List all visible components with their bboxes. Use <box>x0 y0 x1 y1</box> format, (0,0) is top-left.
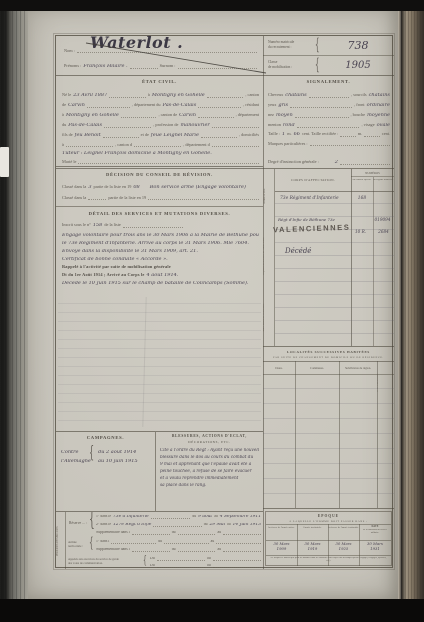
decede-entry: Décédé <box>285 247 311 255</box>
corps-row2-number2: 2684 <box>373 229 394 234</box>
localites-rows-ruling <box>263 374 394 508</box>
territoriale-vertical-label: Armée territoriale et sa réserve. <box>263 288 275 346</box>
service-line-1: Engagé volontaire pour trois ans le 30 M… <box>62 233 259 238</box>
localites-col-subdivision: Subdivision de région. <box>339 366 377 370</box>
register-page-paper: Nom : Prénoms : François Hilaire . Surno… <box>28 6 398 599</box>
arrivee-corps-date: 4 août 1914. <box>147 273 179 278</box>
localites-header-rule <box>263 361 394 362</box>
campagnes-box: CAMPAGNES. Contre l'Allemagne du 2 août … <box>56 431 156 511</box>
decret-1914-text: Dt du 1er Août 1914 ; Arrivé au Corps le <box>62 273 145 277</box>
periode1-debut: 9 août <box>198 515 212 519</box>
profession: manouvrier <box>180 123 209 128</box>
photo-top-black-band <box>0 0 424 11</box>
territoriale-label: Armée territoriale : <box>68 540 90 548</box>
periode1-corps: 73e d'Infanterie <box>113 515 149 519</box>
book-left-page-edges <box>0 0 30 622</box>
epoque-col-4a: DATE <box>359 525 391 528</box>
ne-le-label: Né le <box>62 93 71 97</box>
visage-value: ovale <box>377 123 390 128</box>
epoque-values-rule <box>266 540 391 541</box>
service-line-4: Certificat de bonne conduite « Accordé »… <box>62 257 168 262</box>
epoque-title-1: ÉPOQUE <box>266 514 391 518</box>
epoque-inner-box: ÉPOQUE À LAQUELLE L'HOMME DOIT PASSER DA… <box>265 511 392 566</box>
localites-title-1: LOCALITÉS SUCCESSIVES HABITÉES <box>263 350 394 354</box>
localites-title-2: PAR SUITE DE CHANGEMENT DE DOMICILE OU D… <box>263 356 394 359</box>
birth-canton: Carvin <box>68 103 85 108</box>
residence-departement: Pas-de-Calais <box>68 123 102 128</box>
etat-civil-section: ÉTAT CIVIL. Né le23 Avril 1887àMontigny … <box>56 76 263 166</box>
epoque-section: ÉPOQUE À LAQUELLE L'HOMME DOIT PASSER DA… <box>263 508 394 569</box>
epoque-value-2: 30 Mars1919 <box>297 542 328 552</box>
service-line-2: le 73e Régiment d'Infanterie. Arrivé au … <box>62 241 249 246</box>
citation-line-2: blessure dans le dos au cours du combat … <box>160 455 253 459</box>
taille-metres: 1 <box>282 132 285 137</box>
nom-label: Nom : <box>64 49 75 53</box>
nez-value: moyen <box>276 113 293 118</box>
corps-row2-number1: 019094 <box>371 217 394 222</box>
header-left-box: Nom : Prénoms : François Hilaire . Surno… <box>56 36 263 76</box>
matricule-label-line2: du recrutement : <box>268 45 294 50</box>
decision-mention: Bon service armé (Engagé volontaire) <box>150 185 246 190</box>
prenoms-label: Prénoms : <box>64 64 81 68</box>
citation-line-3: 9 mai et apprenant que l'épaule avait ét… <box>160 462 251 466</box>
corps-affectation-section: Armée active. Disponibilité et réserve d… <box>263 169 394 346</box>
campagne-date-fin: au 10 juin 1915 <box>98 459 138 464</box>
residence-place: Montigny en Gohelle <box>66 113 119 118</box>
armee-active-vertical-label: Armée active. <box>263 169 275 224</box>
corps-row2-annex: 10 R. <box>355 229 366 234</box>
front-value: ordinaire <box>367 103 390 108</box>
signalement-title: SIGNALEMENT. <box>263 79 394 84</box>
campagne-allemagne: l'Allemagne <box>61 459 91 464</box>
menton-value: rond <box>283 123 295 128</box>
service-line-3: Envoyé dans la disponibilité le 31 Mars … <box>62 249 198 254</box>
classe-value: 1905 <box>325 60 391 71</box>
blank-ruled-area <box>58 295 261 429</box>
localites-col-communes: Communes. <box>295 366 339 370</box>
yeux-value: gris <box>278 103 288 108</box>
numeros-sub2: du registre matricule. <box>373 179 394 182</box>
blessures-title-2: DÉCORATIONS, ETC. <box>156 440 263 444</box>
citation-line-6: sa place dans le rang. <box>160 483 206 487</box>
instruction-value: 2 <box>335 160 338 165</box>
citation-line-5: et a voulu reprendre immédiatement <box>160 476 238 480</box>
epoque-value-4: 30 Mars1931 <box>359 542 391 552</box>
matricule-brace <box>315 36 319 54</box>
epoque-value-1: 30 Mars1909 <box>266 542 297 552</box>
campagne-contre: Contre <box>61 450 78 455</box>
instruction-label: Degré d'instruction générale : <box>268 160 319 164</box>
corps-affectation-title: CORPS D'AFFECTATION. <box>277 178 349 182</box>
sourcils-value: châtains <box>369 93 390 98</box>
epoque-col-1: la réserve de l'armée active. <box>266 526 297 529</box>
epoque-title-2: À LAQUELLE L'HOMME DOIT PASSER DANS : <box>266 520 391 523</box>
liste-partie: 3 <box>88 185 91 190</box>
numeros-header: NUMÉROS <box>351 171 394 177</box>
liste-annee: 08 <box>133 185 139 190</box>
left-edge-white-notch <box>0 147 9 177</box>
localites-col-dates: Dates. <box>263 366 295 370</box>
epoque-note: Ne remplir ce tableau que pour les homme… <box>269 557 388 563</box>
epoque-col-2: l'armée territoriale. <box>297 526 328 529</box>
birth-place: Montigny en Gohelle <box>152 93 205 98</box>
photo-bottom-black-band <box>0 599 424 622</box>
classe-row: Classe de mobilisation : 1905 <box>263 56 394 76</box>
periode2-fin: 14 Juin 1913 <box>233 523 261 527</box>
header-right-box: Numéro matricule du recrutement : 738 Cl… <box>263 36 394 76</box>
garde-voies-label-2: des voies de communication. <box>68 561 142 565</box>
territoriale-brace <box>89 535 93 551</box>
etat-civil-title: ÉTAT CIVIL. <box>56 79 263 84</box>
birth-date: 23 Avril 1887 <box>73 93 107 98</box>
campagnes-brace <box>89 443 94 462</box>
periode2-debut: 29 Mai <box>210 523 226 527</box>
corps-row1-number: 168 <box>351 196 373 201</box>
book-right-fore-edge <box>396 0 424 622</box>
matricule-row: Numéro matricule du recrutement : 738 <box>263 36 394 56</box>
citation-line-4: peine touchée, a refusé de se faire évac… <box>160 469 252 473</box>
periodes-vertical-label: PÉRIODES D'EXERCICES <box>56 512 66 569</box>
epoque-col-4b: de la libération du service militaire. <box>359 529 391 535</box>
epoque-value-3: 30 Mars1925 <box>328 542 359 552</box>
taille-cent: 66 <box>294 132 300 137</box>
epoque-note-rule <box>266 555 391 556</box>
birth-departement: Pas-de-Calais <box>163 103 197 108</box>
citation-line-1: Cité à l'ordre du Régt : Ayant reçu une … <box>160 448 259 452</box>
details-section: DÉTAIL DES SERVICES ET MUTATIONS DIVERSE… <box>56 207 263 431</box>
bouche-value: moyenne <box>367 113 390 118</box>
tuteur-note: Tuteur : Leignel François domicilié à Mo… <box>62 151 212 156</box>
numeros-sub1: du contrôle spécial. <box>351 179 373 182</box>
residence-canton: Carvin <box>179 113 196 118</box>
periodes-section: PÉRIODES D'EXERCICES Réserve ... : 1° da… <box>56 511 263 569</box>
corps-row2-label: Régt d'Infie de Béthune 73e <box>278 217 335 222</box>
campagne-date-debut: du 2 août 1914 <box>98 450 136 455</box>
mother-name: feue Leignel Marie <box>151 133 199 138</box>
marques-label: Marques particulières : <box>268 142 308 146</box>
corps-rows-ruling <box>275 191 394 346</box>
father-name: feu Benoit <box>75 133 101 138</box>
reserve-label: Réserve ... : <box>69 521 87 525</box>
classe-label-line2: de mobilisation : <box>268 65 292 70</box>
decision-section: DÉCISION DU CONSEIL DE RÉVISION. Classé … <box>56 169 263 207</box>
details-title: DÉTAIL DES SERVICES ET MUTATIONS DIVERSE… <box>56 211 263 216</box>
periode1-fin: 4 Septembre 1911 <box>220 515 261 519</box>
mobilisation-stamp-text: Rappelé à l'activité par suite de mobili… <box>62 265 171 269</box>
inscrit-numero: 158 <box>93 223 103 228</box>
periode2-corps: 127e Régt d'Infie <box>113 523 151 527</box>
marie-le-label: Marié le <box>62 160 76 164</box>
matricule-value: 738 <box>325 39 391 52</box>
localites-section: LOCALITÉS SUCCESSIVES HABITÉES PAR SUITE… <box>263 346 394 508</box>
reserve-brace <box>89 511 95 533</box>
photo-of-register-page: Nom : Prénoms : François Hilaire . Surno… <box>0 0 424 622</box>
decision-title: DÉCISION DU CONSEIL DE RÉVISION. <box>56 172 263 177</box>
garde-brace <box>143 554 147 567</box>
deces-line: Décédé le 10 Juin 1915 sur le champ de b… <box>62 281 248 286</box>
blessures-title-1: BLESSURES, ACTIONS D'ÉCLAT, <box>156 434 263 438</box>
classe-brace <box>315 56 319 74</box>
signalement-section: SIGNALEMENT. Cheveuxchâtains, sourcilsch… <box>263 76 394 169</box>
blessures-box: BLESSURES, ACTIONS D'ÉCLAT, DÉCORATIONS,… <box>156 431 263 511</box>
name-strikethrough-line <box>84 40 268 76</box>
corps-row1-label: 73e Régiment d'Infanterie <box>280 196 339 201</box>
epoque-col-3: la réserve de l'armée territoriale. <box>328 526 359 529</box>
matricule-form: Nom : Prénoms : François Hilaire . Surno… <box>55 35 393 568</box>
cheveux-value: châtains <box>285 93 306 98</box>
campagnes-title: CAMPAGNES. <box>56 435 155 440</box>
